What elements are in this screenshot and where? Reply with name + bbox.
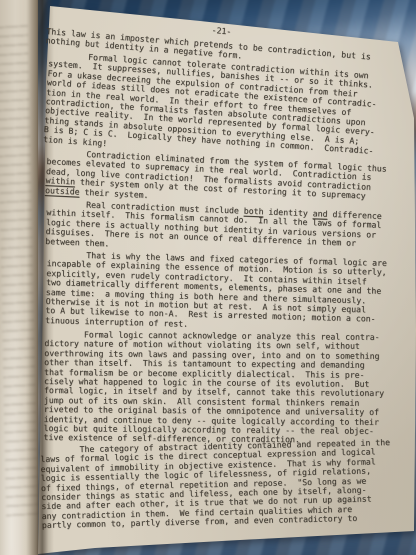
paragraph: That is why the laws and fixed categorie… [45, 250, 401, 334]
paragraph: Formal logic cannot acknowledge or analy… [44, 330, 401, 446]
text-flow: -21- This law is an imposter which prete… [46, 13, 400, 535]
paragraph: The category of abstract identity contai… [40, 438, 401, 531]
photo-of-book-page: -21- This law is an imposter which prete… [0, 0, 416, 555]
